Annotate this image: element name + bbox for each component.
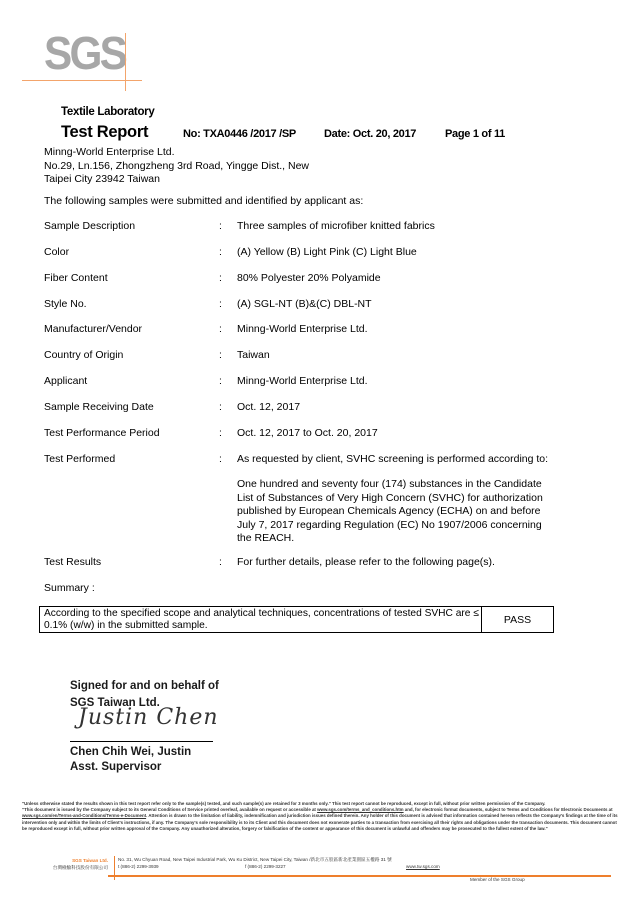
report-title: Test Report	[61, 123, 148, 142]
field-label: Fiber Content	[44, 272, 108, 284]
report-number: No: TXA0446 /2017 /SP	[183, 128, 296, 140]
field-label: Color	[44, 246, 69, 258]
client-name: Minng-World Enterprise Ltd.	[44, 146, 309, 160]
handwritten-signature: Justin Chen	[78, 705, 219, 730]
logo-horizontal-rule	[22, 80, 142, 81]
field-label: Country of Origin	[44, 349, 123, 361]
field-value: (A) SGL-NT (B)&(C) DBL-NT	[237, 298, 567, 312]
signed-line1: Signed for and on behalf of	[70, 678, 219, 695]
summary-table: According to the specified scope and ana…	[39, 606, 554, 633]
field-colon: :	[219, 401, 222, 413]
field-colon: :	[219, 453, 222, 465]
legal-disclaimer: "Unless otherwise stated the results sho…	[22, 801, 622, 832]
field-value: Oct. 12, 2017 to Oct. 20, 2017	[237, 427, 567, 441]
field-value: Oct. 12, 2017	[237, 401, 567, 415]
field-label: Test Performance Period	[44, 427, 160, 439]
footer-website-link[interactable]: www.tw.sgs.com	[406, 864, 440, 869]
field-label: Style No.	[44, 298, 87, 310]
footer-company-zh: 台灣檢驗科技股份有限公司	[48, 865, 108, 872]
intro-text: The following samples were submitted and…	[44, 195, 363, 207]
field-value: Three samples of microfiber knitted fabr…	[237, 220, 567, 234]
footer-company: SGS Taiwan Ltd. 台灣檢驗科技股份有限公司	[48, 858, 108, 871]
field-label: Test Performed	[44, 453, 115, 465]
footer-address: No. 31, Wu Chyuan Road, New Taipei Indus…	[118, 857, 392, 864]
field-value: Minng-World Enterprise Ltd.	[237, 375, 567, 389]
footer-fax: f (886-2) 2299-3227	[245, 864, 286, 869]
field-colon: :	[219, 556, 222, 568]
sgs-logo: SGS	[44, 30, 125, 76]
field-colon: :	[219, 298, 222, 310]
summary-text: According to the specified scope and ana…	[40, 607, 482, 632]
client-address-line2: Taipei City 23942 Taiwan	[44, 173, 309, 187]
field-colon: :	[219, 375, 222, 387]
signature-line	[70, 741, 213, 742]
disclaimer-text: and, for electronic format documents, su…	[404, 807, 613, 812]
field-label: Applicant	[44, 375, 87, 387]
field-label: Test Results	[44, 556, 101, 568]
report-date: Date: Oct. 20, 2017	[324, 128, 416, 140]
footer-telephone: t (886-2) 2299-3939	[118, 864, 159, 869]
logo-vertical-rule	[125, 33, 126, 91]
test-scope-text: One hundred and seventy four (174) subst…	[237, 478, 555, 546]
field-value: (A) Yellow (B) Light Pink (C) Light Blue	[237, 246, 567, 260]
client-address-block: Minng-World Enterprise Ltd. No.29, Ln.15…	[44, 146, 309, 187]
disclaimer-paragraph-2: "This document is issued by the Company …	[22, 807, 622, 832]
signer-block: Chen Chih Wei, Justin Asst. Supervisor	[70, 745, 191, 775]
footer-member-text: Member of the SGS Group	[470, 877, 525, 882]
page-indicator: Page 1 of 11	[445, 128, 505, 140]
field-colon: :	[219, 246, 222, 258]
client-address-line1: No.29, Ln.156, Zhongzheng 3rd Road, Ying…	[44, 160, 309, 174]
signer-name: Chen Chih Wei, Justin	[70, 745, 191, 760]
terms-link[interactable]: www.sgs.com/terms_and_conditions.htm	[317, 807, 403, 812]
field-value: As requested by client, SVHC screening i…	[237, 453, 577, 467]
field-value: 80% Polyester 20% Polyamide	[237, 272, 567, 286]
field-label: Sample Description	[44, 220, 135, 232]
field-colon: :	[219, 272, 222, 284]
laboratory-name: Textile Laboratory	[61, 106, 154, 118]
footer-horizontal-rule	[108, 875, 611, 877]
field-colon: :	[219, 349, 222, 361]
disclaimer-text: "This document is issued by the Company …	[22, 807, 317, 812]
field-colon: :	[219, 427, 222, 439]
summary-label: Summary :	[44, 582, 95, 594]
e-document-terms-link[interactable]: www.sgs.com/en/Terms-and-Conditions/Term…	[22, 813, 146, 818]
field-colon: :	[219, 220, 222, 232]
field-colon: :	[219, 323, 222, 335]
field-value: Minng-World Enterprise Ltd.	[237, 323, 567, 337]
field-value: For further details, please refer to the…	[237, 556, 577, 570]
field-label: Sample Receiving Date	[44, 401, 154, 413]
field-value: Taiwan	[237, 349, 567, 363]
field-label: Manufacturer/Vendor	[44, 323, 142, 335]
signer-title: Asst. Supervisor	[70, 760, 191, 775]
summary-result-badge: PASS	[482, 607, 553, 632]
